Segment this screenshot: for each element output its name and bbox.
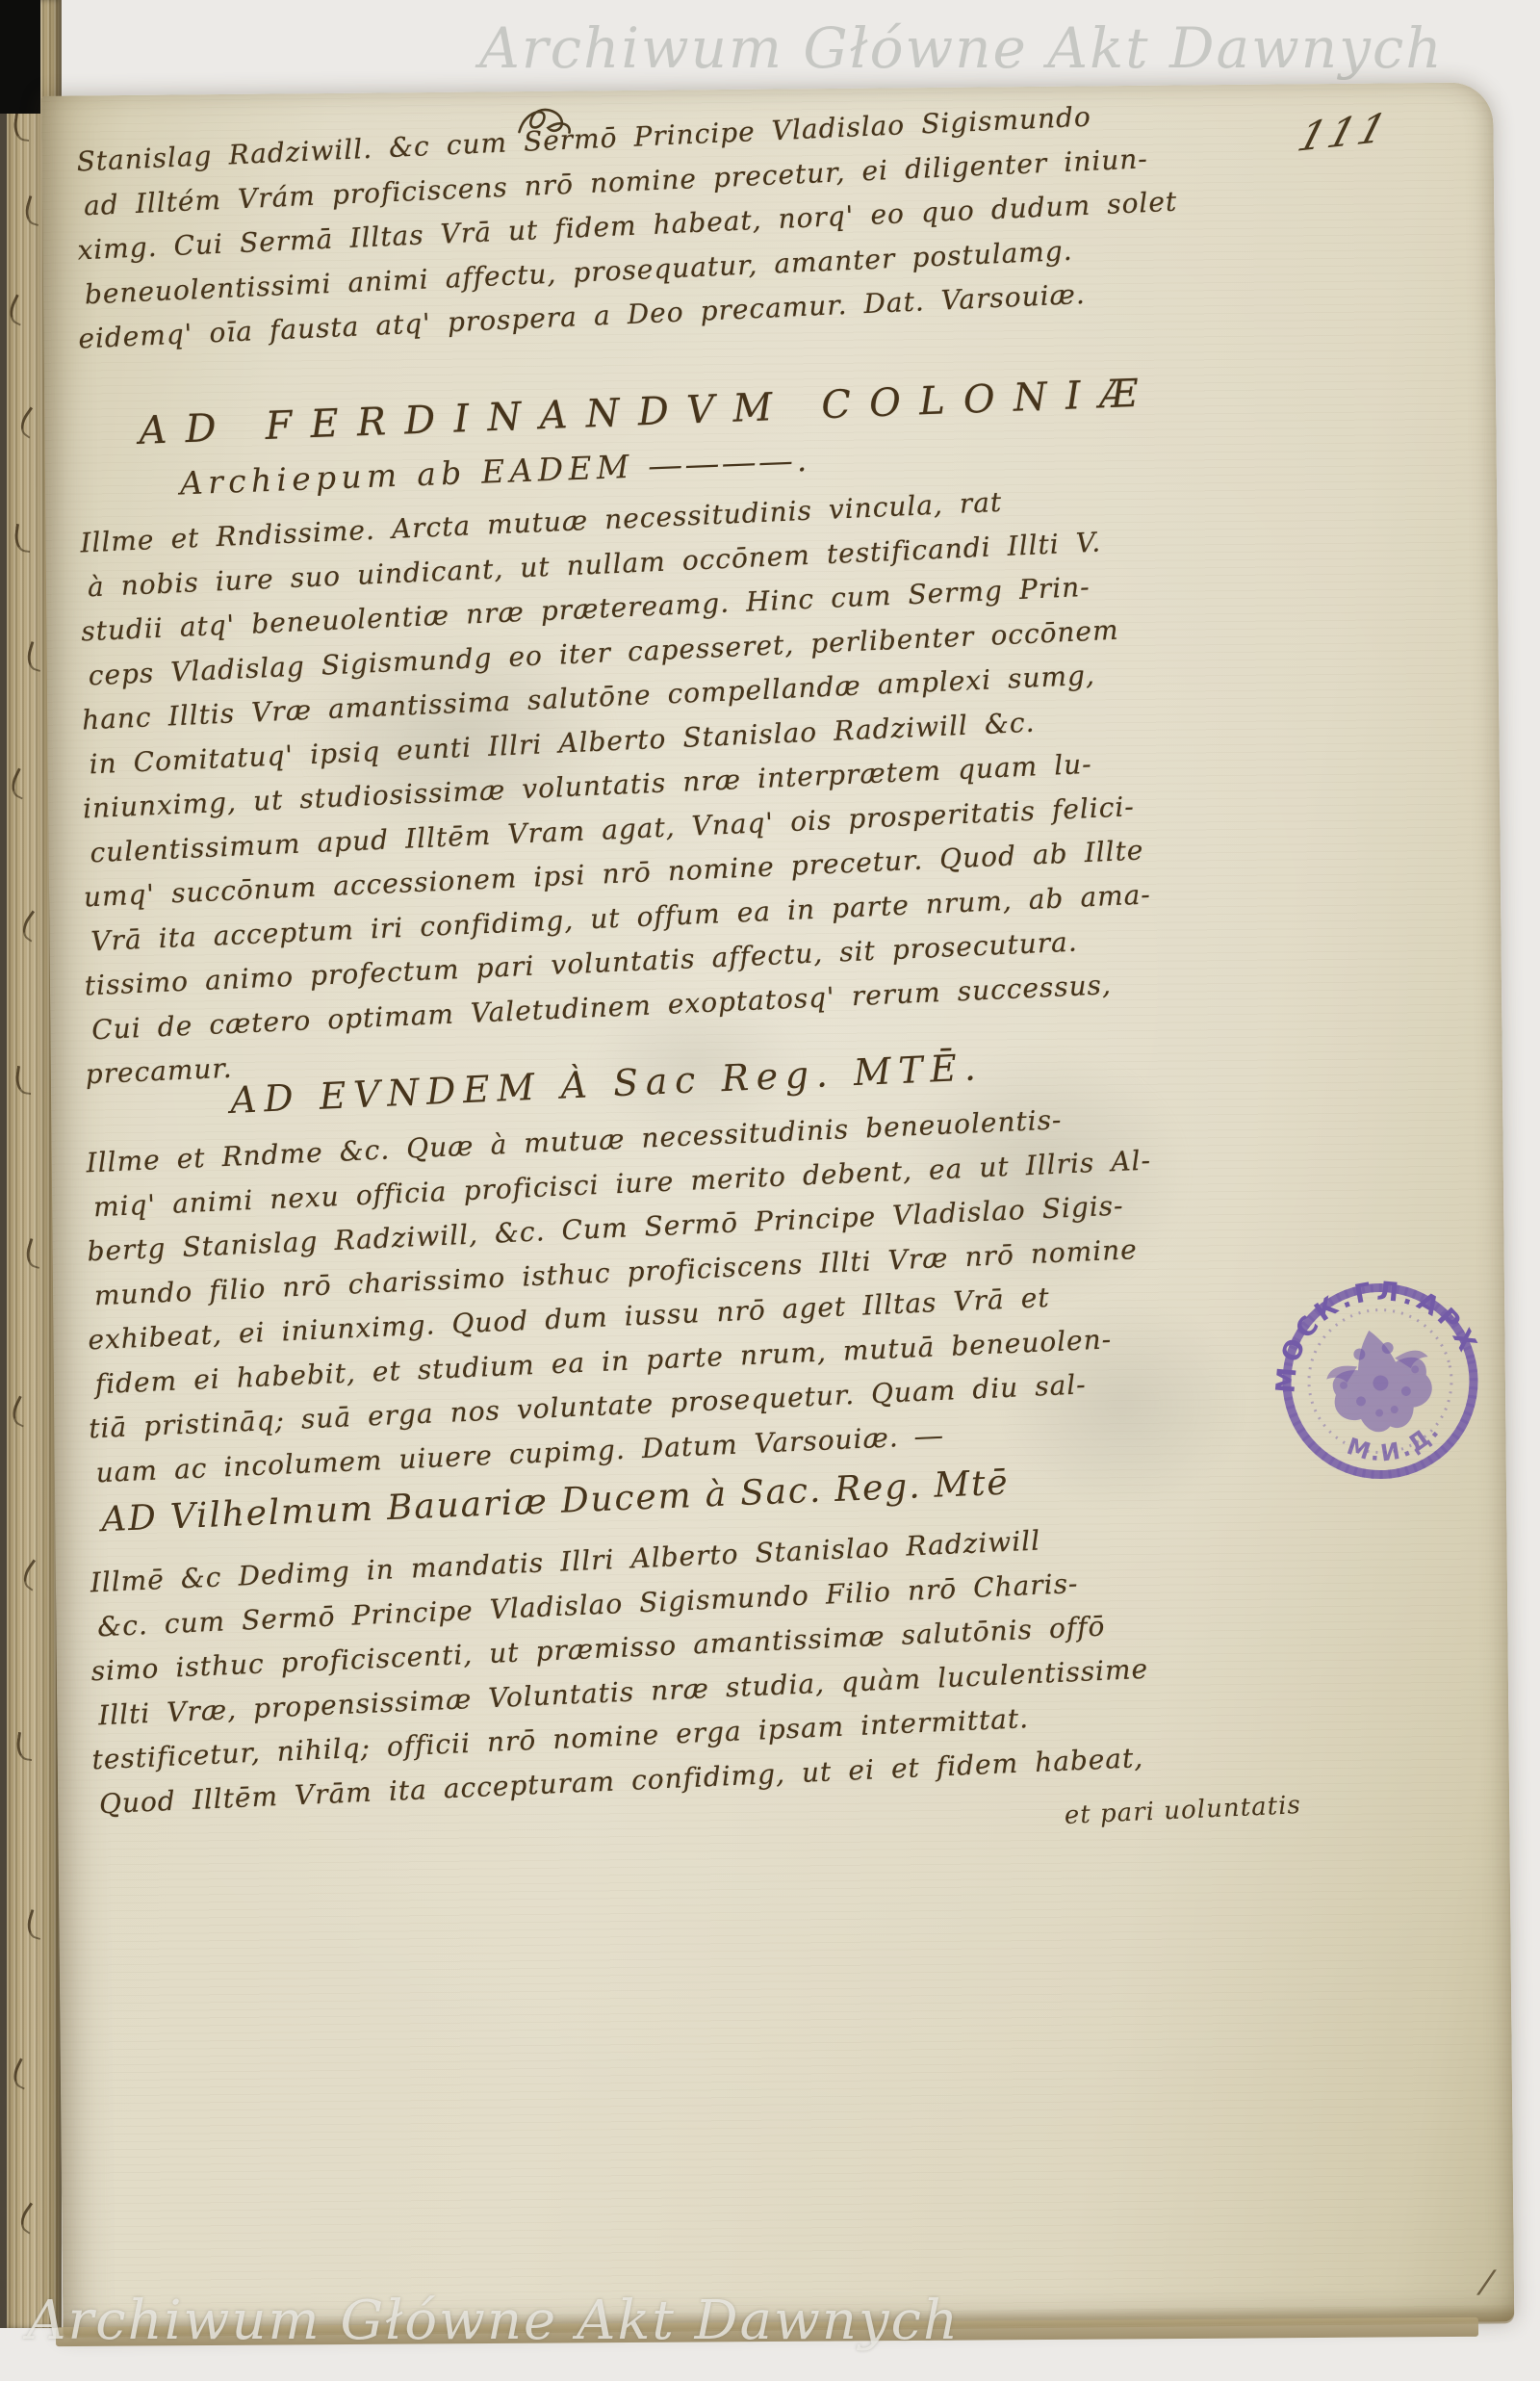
leaf-edge-ink-mark (8, 1395, 35, 1427)
leaf-edge-ink-mark (17, 910, 47, 942)
letter-paragraph-3: Illme et Rndme &c. Quæ à mutuæ necessitu… (87, 1129, 1331, 1495)
bottom-corner-pen-mark (1448, 2269, 1497, 2294)
leaf-edge-ink-mark (15, 406, 45, 438)
leaf-edge-ink-mark (23, 641, 47, 672)
leaf-edge-ink-mark (12, 113, 33, 142)
scan-edge-shadow (0, 0, 7, 2328)
leaf-edge-ink-mark (23, 1909, 47, 1940)
manuscript-page: 111 Stanislag Radziwill. &c cum Sermō Pr… (41, 82, 1514, 2335)
leaf-edge-ink-mark (18, 1559, 48, 1591)
leaf-edge-ink-mark (5, 294, 32, 325)
scanner-background-corner (0, 0, 40, 114)
leaf-edge-ink-mark (22, 1238, 46, 1269)
archive-stamp: МОСК.ГЛ.АРХ М.И.Д. (1247, 1248, 1514, 1514)
manuscript-text-block: Stanislag Radziwill. &c cum Sermō Princi… (77, 128, 1335, 1851)
letter-paragraph-2: Illme et Rndissime. Arcta mutuæ necessit… (80, 509, 1327, 1097)
leaf-edge-ink-mark (15, 2202, 45, 2234)
leaf-edge-ink-mark (13, 1066, 35, 1095)
scanned-manuscript-page: { "watermarks": { "top": "Archiwum Główn… (0, 0, 1540, 2381)
letter-paragraph-1: Stanislag Radziwill. &c cum Sermō Princi… (77, 128, 1321, 361)
letter-paragraph-4: Illmē &c Dedimg in mandatis Illri Albert… (90, 1549, 1335, 1826)
archive-watermark-top: Archiwum Główne Akt Dawnych (479, 15, 1444, 81)
leaf-edge-ink-mark (14, 1732, 36, 1761)
leaf-edge-ink-mark (9, 2057, 36, 2089)
leaf-edge-ink-mark (7, 767, 34, 799)
leaf-edge-ink-mark (13, 524, 34, 553)
